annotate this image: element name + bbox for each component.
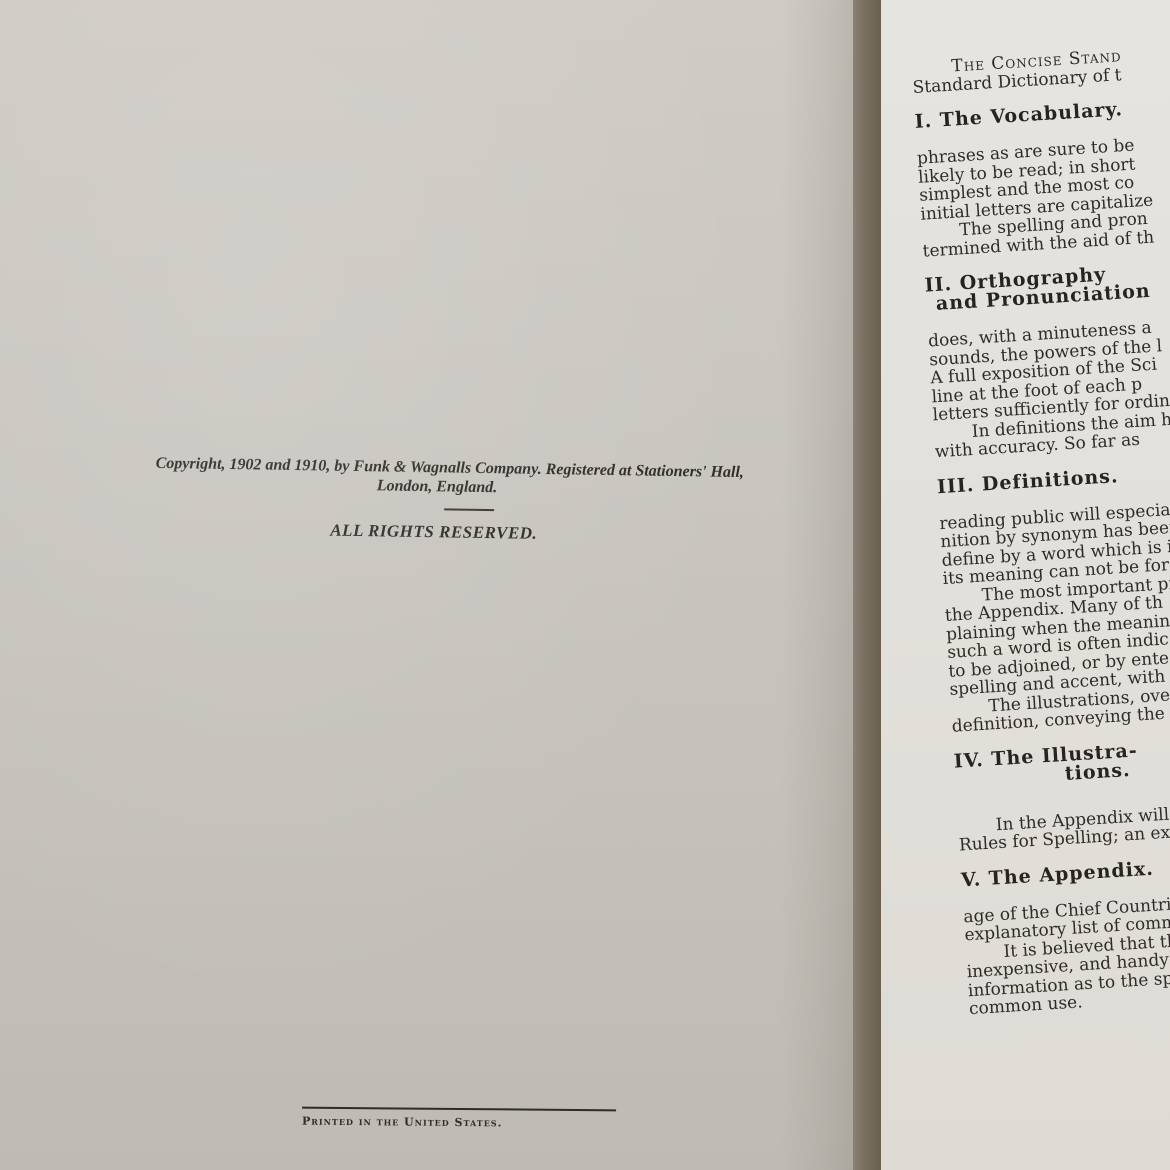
section-heading: V. The Appendix. [961, 851, 1170, 890]
section-heading: III. Definitions. [937, 458, 1170, 497]
section-heading: I. The Vocabulary. [914, 93, 1170, 132]
gutter-shadow [780, 0, 855, 1170]
left-page: Copyright, 1902 and 1910, by Funk & Wagn… [0, 0, 855, 1170]
book-gutter [853, 0, 881, 1170]
preface-text: The Concise Stand Standard Dictionary of… [911, 40, 1170, 1018]
printed-in-notice: Printed in the United States. [302, 1107, 616, 1131]
copyright-notice: Copyright, 1902 and 1910, by Funk & Wagn… [39, 452, 860, 548]
rights-reserved: ALL RIGHTS RESERVED. [9, 516, 859, 548]
right-page: The Concise Stand Standard Dictionary of… [881, 0, 1170, 1170]
divider-rule [444, 508, 494, 511]
